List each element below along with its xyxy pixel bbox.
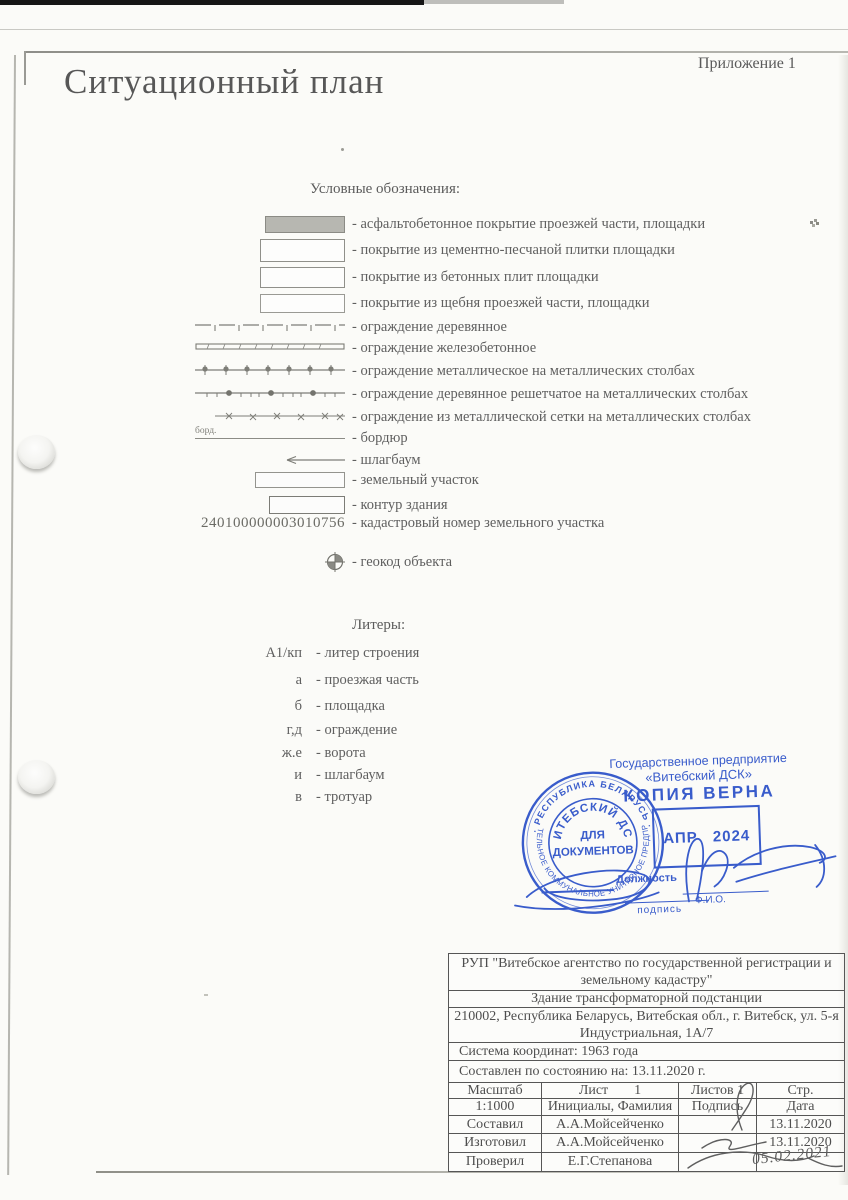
liter-label: - тротуар (316, 789, 372, 806)
legend-item-label: - шлагбаум (352, 452, 421, 469)
name-cell: А.А.Мойсейченко (542, 1116, 679, 1134)
scale-value-cell: 1:1000 (449, 1099, 542, 1116)
liter-item: ж.е - ворота (190, 743, 366, 763)
liter-key: в (190, 789, 302, 806)
name-cell: Е.Г.Степанова (542, 1153, 679, 1171)
object-cell: Здание трансформаторной подстанции (449, 991, 844, 1008)
legend-item-label: - покрытие из цементно-песчаной плитки п… (352, 242, 675, 259)
liter-item: в - тротуар (190, 787, 372, 807)
annex-label: Приложение 1 (698, 55, 796, 73)
gravel-swatch-icon (260, 294, 345, 313)
liter-key: г,д (190, 722, 302, 739)
role-cell: Составил (449, 1116, 542, 1134)
land-plot-rect-icon (255, 472, 345, 488)
legend-item: - ограждение металлическое на металличес… (95, 359, 785, 383)
legend-item-label: - земельный участок (352, 472, 479, 489)
scan-artifact-top-bar-fade (424, 0, 564, 4)
legend-item: - покрытие из цементно-песчаной плитки п… (95, 238, 785, 262)
scan-dot (204, 994, 208, 996)
coordinate-system-cell: Система координат: 1963 года (449, 1043, 844, 1061)
legend-item-label: - бордюр (352, 430, 408, 447)
metal-mesh-fence-line-icon (215, 409, 345, 425)
punch-hole (18, 435, 55, 469)
legend-item-label: - ограждение из металлической сетки на м… (352, 409, 751, 426)
legend-item: - покрытие из бетонных плит площадки (95, 265, 785, 289)
name-cell: А.А.Мойсейченко (542, 1134, 679, 1153)
concrete-fence-line-icon (195, 340, 345, 356)
curb-line-icon: борд. (195, 438, 345, 439)
metal-fence-line-icon (195, 363, 345, 379)
page-left-edge (7, 55, 16, 1175)
liter-key: б (190, 698, 302, 715)
sheet-header-cell: Лист 1 (542, 1083, 679, 1099)
agency-cell: РУП "Витебское агентство по государствен… (449, 954, 844, 991)
curb-abbrev-label: борд. (195, 426, 216, 436)
handwritten-signature-icon (492, 736, 848, 953)
tile-swatch-icon (260, 239, 345, 262)
scan-smudge (810, 221, 813, 224)
barrier-arrow-icon (283, 454, 345, 466)
geocode-icon (325, 552, 345, 572)
liter-label: - шлагбаум (316, 767, 385, 784)
legend-item-label: - кадастровый номер земельного участка (352, 515, 604, 532)
legend-item-label: - контур здания (352, 497, 448, 514)
legend-item: борд. - бордюр (95, 426, 785, 450)
legend-item-label: - ограждение железобетонное (352, 340, 536, 357)
scan-dot (341, 148, 344, 151)
liter-key: А1/кп (190, 645, 302, 662)
name-header-cell: Инициалы, Фамилия (542, 1099, 679, 1116)
legend: - асфальтобетонное покрытие проезжей час… (95, 210, 785, 600)
role-cell: Проверил (449, 1153, 542, 1171)
page-top-edge (24, 51, 848, 53)
legend-item: - асфальтобетонное покрытие проезжей час… (95, 212, 785, 236)
concrete-slab-swatch-icon (260, 267, 345, 288)
legend-item-label: - ограждение деревянное (352, 319, 507, 336)
role-cell: Изготовил (449, 1134, 542, 1153)
liter-label: - литер строения (316, 645, 419, 662)
punch-hole (18, 760, 55, 794)
legend-item: - ограждение железобетонное (95, 336, 785, 360)
sheet-label: Лист (579, 1083, 608, 1099)
page-corner-edge (24, 51, 26, 85)
liter-label: - ограждение (316, 722, 397, 739)
scale-header-cell: Масштаб (449, 1083, 542, 1099)
liter-item: б - площадка (190, 696, 385, 716)
wooden-fence-line-icon (195, 319, 345, 335)
liter-key: ж.е (190, 745, 302, 762)
legend-item: - ограждение деревянное решетчатое на ме… (95, 382, 785, 406)
legend-item-label: - асфальтобетонное покрытие проезжей час… (352, 216, 705, 233)
liter-item: и - шлагбаум (190, 765, 385, 785)
sheet-number: 1 (634, 1083, 641, 1099)
liter-label: - проезжая часть (316, 672, 419, 689)
liter-item: А1/кп - литер строения (190, 643, 419, 663)
legend-item-label: - ограждение деревянное решетчатое на ме… (352, 386, 748, 403)
cadastral-number: 240100000003010756 (201, 515, 345, 532)
liter-key: а (190, 672, 302, 689)
legend-item-label: - покрытие из щебня проезжей части, площ… (352, 295, 650, 312)
page-title: Ситуационный план (64, 62, 384, 102)
liters-heading: Литеры: (352, 617, 405, 634)
liter-key: и (190, 767, 302, 784)
legend-item-label: - покрытие из бетонных плит площадки (352, 269, 599, 286)
liter-item: а - проезжая часть (190, 670, 419, 690)
legend-item: - земельный участок (95, 468, 785, 492)
legend-heading: Условные обозначения: (310, 181, 460, 198)
liter-label: - ворота (316, 745, 366, 762)
building-contour-rect-icon (269, 496, 345, 514)
legend-item: - геокод объекта (95, 550, 785, 574)
scanned-situational-plan-page: Приложение 1 Ситуационный план Условные … (0, 0, 848, 1200)
legend-item: - покрытие из щебня проезжей части, площ… (95, 291, 785, 315)
wooden-lattice-fence-line-icon (195, 386, 345, 402)
legend-item-label: - ограждение металлическое на металличес… (352, 363, 695, 380)
legend-item: 240100000003010756 - кадастровый номер з… (95, 515, 785, 555)
scan-artifact-top-bar (0, 0, 424, 5)
asphalt-swatch-icon (265, 216, 345, 233)
legend-item-label: - геокод объекта (352, 554, 452, 571)
stamp-block: · РЕСПУБЛИКА БЕЛАРУСЬ · СТРОИТЕЛЬНОЕ КОМ… (492, 736, 848, 953)
scan-artifact-line (0, 29, 848, 30)
liter-label: - площадка (316, 698, 385, 715)
legend-item: - контур здания (95, 493, 785, 517)
address-cell: 210002, Республика Беларусь, Витебская о… (449, 1008, 844, 1043)
liter-item: г,д - ограждение (190, 720, 397, 740)
